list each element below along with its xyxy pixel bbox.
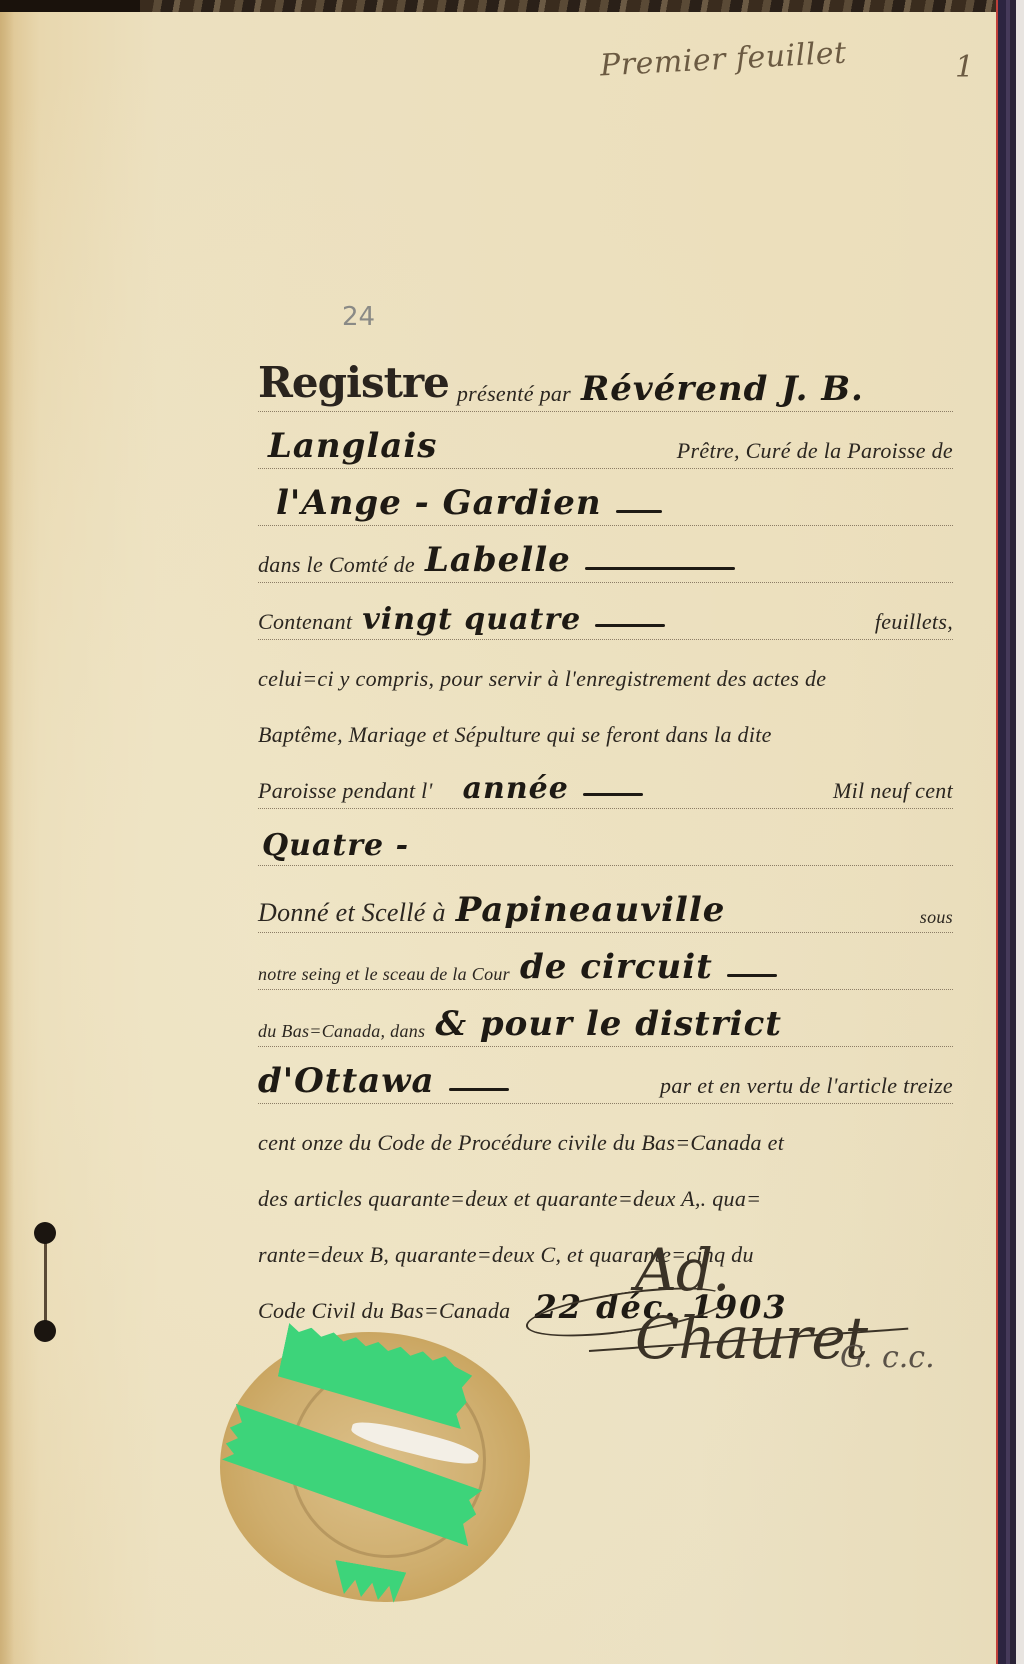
- printed-text: sous: [920, 907, 953, 932]
- form-line-presented-by: Registre présenté par Révérend J. B.: [258, 345, 953, 412]
- binder-hole-icon: [34, 1222, 56, 1244]
- printed-text: Contenant: [258, 609, 352, 639]
- handwritten-entry: l'Ange - Gardien: [258, 483, 612, 525]
- handwritten-entry: Papineauville: [446, 890, 736, 932]
- signature: Ad. Chauret: [525, 1232, 925, 1352]
- page-number: 1: [955, 50, 974, 85]
- marbled-page-edges: [996, 0, 1024, 1664]
- printed-text: notre seing et le sceau de la Cour: [258, 964, 510, 989]
- filler-dash: [583, 793, 643, 796]
- form-line-year-cont: Quatre -: [258, 809, 953, 866]
- printed-text: des articles quarante=deux et quarante=d…: [258, 1186, 761, 1216]
- filler-dash: [727, 974, 777, 977]
- form-line-district: du Bas=Canada, dans & pour le district: [258, 990, 953, 1047]
- handwritten-entry: vingt quatre: [352, 602, 591, 639]
- form-line-sheets: Contenant vingt quatre feuillets,: [258, 583, 953, 640]
- form-line-text: Baptême, Mariage et Sépulture qui se fer…: [258, 696, 953, 752]
- form-line-court: notre seing et le sceau de la Cour de ci…: [258, 933, 953, 990]
- handwritten-entry: Langlais: [258, 426, 447, 468]
- handwritten-entry: d'Ottawa: [258, 1061, 445, 1103]
- form-line-district-cont: d'Ottawa par et en vertu de l'article tr…: [258, 1047, 953, 1104]
- form-line-text: cent onze du Code de Procédure civile du…: [258, 1104, 953, 1160]
- handwritten-entry: Quatre -: [258, 828, 419, 865]
- handwritten-entry: Révérend J. B.: [571, 369, 874, 411]
- printed-text: dans le Comté de: [258, 552, 415, 582]
- form-line-parish: l'Ange - Gardien: [258, 469, 953, 526]
- form-line-text: des articles quarante=deux et quarante=d…: [258, 1160, 953, 1216]
- handwritten-entry: Labelle: [415, 540, 581, 582]
- printed-text: Donné et Scellé à: [258, 898, 446, 932]
- filler-dash: [449, 1088, 509, 1091]
- filler-dash: [585, 567, 735, 570]
- binding-cord: [44, 1240, 47, 1324]
- book-binding-edge: [0, 0, 140, 12]
- binder-hole-icon: [34, 1320, 56, 1342]
- printed-text: Paroisse pendant l': [258, 778, 433, 808]
- form-line-county: dans le Comté de Labelle: [258, 526, 953, 583]
- printed-text: feuillets,: [875, 609, 953, 639]
- handwritten-entry: année: [433, 771, 579, 808]
- form-line-year: Paroisse pendant l' année Mil neuf cent: [258, 752, 953, 809]
- form-line-priest: Langlais Prêtre, Curé de la Paroisse de: [258, 412, 953, 469]
- binder-holes: [34, 1222, 58, 1342]
- printed-text: celui=ci y compris, pour servir à l'enre…: [258, 666, 826, 696]
- court-seal: COUR DE CIRC: [220, 1322, 540, 1622]
- printed-text: par et en vertu de l'article treize: [660, 1073, 953, 1103]
- handwritten-entry: de circuit: [510, 947, 723, 989]
- ornamental-title: Registre: [258, 358, 449, 411]
- signature-title: G. c.c.: [840, 1340, 935, 1375]
- printed-text: Mil neuf cent: [833, 778, 953, 808]
- printed-text: Prêtre, Curé de la Paroisse de: [677, 438, 953, 468]
- printed-text: présenté par: [449, 381, 571, 411]
- filler-dash: [595, 624, 665, 627]
- page-gutter-shadow: [0, 12, 14, 1664]
- form-line-text: celui=ci y compris, pour servir à l'enre…: [258, 640, 953, 696]
- certificate-form: Registre présenté par Révérend J. B. Lan…: [258, 345, 953, 1328]
- filler-dash: [616, 510, 662, 513]
- printed-text: cent onze du Code de Procédure civile du…: [258, 1130, 784, 1160]
- handwritten-entry: & pour le district: [425, 1004, 792, 1046]
- pencil-sheet-count: 24: [342, 302, 375, 332]
- printed-text: Baptême, Mariage et Sépulture qui se fer…: [258, 722, 772, 752]
- form-line-place: Donné et Scellé à Papineauville sous: [258, 866, 953, 933]
- printed-text: du Bas=Canada, dans: [258, 1021, 425, 1046]
